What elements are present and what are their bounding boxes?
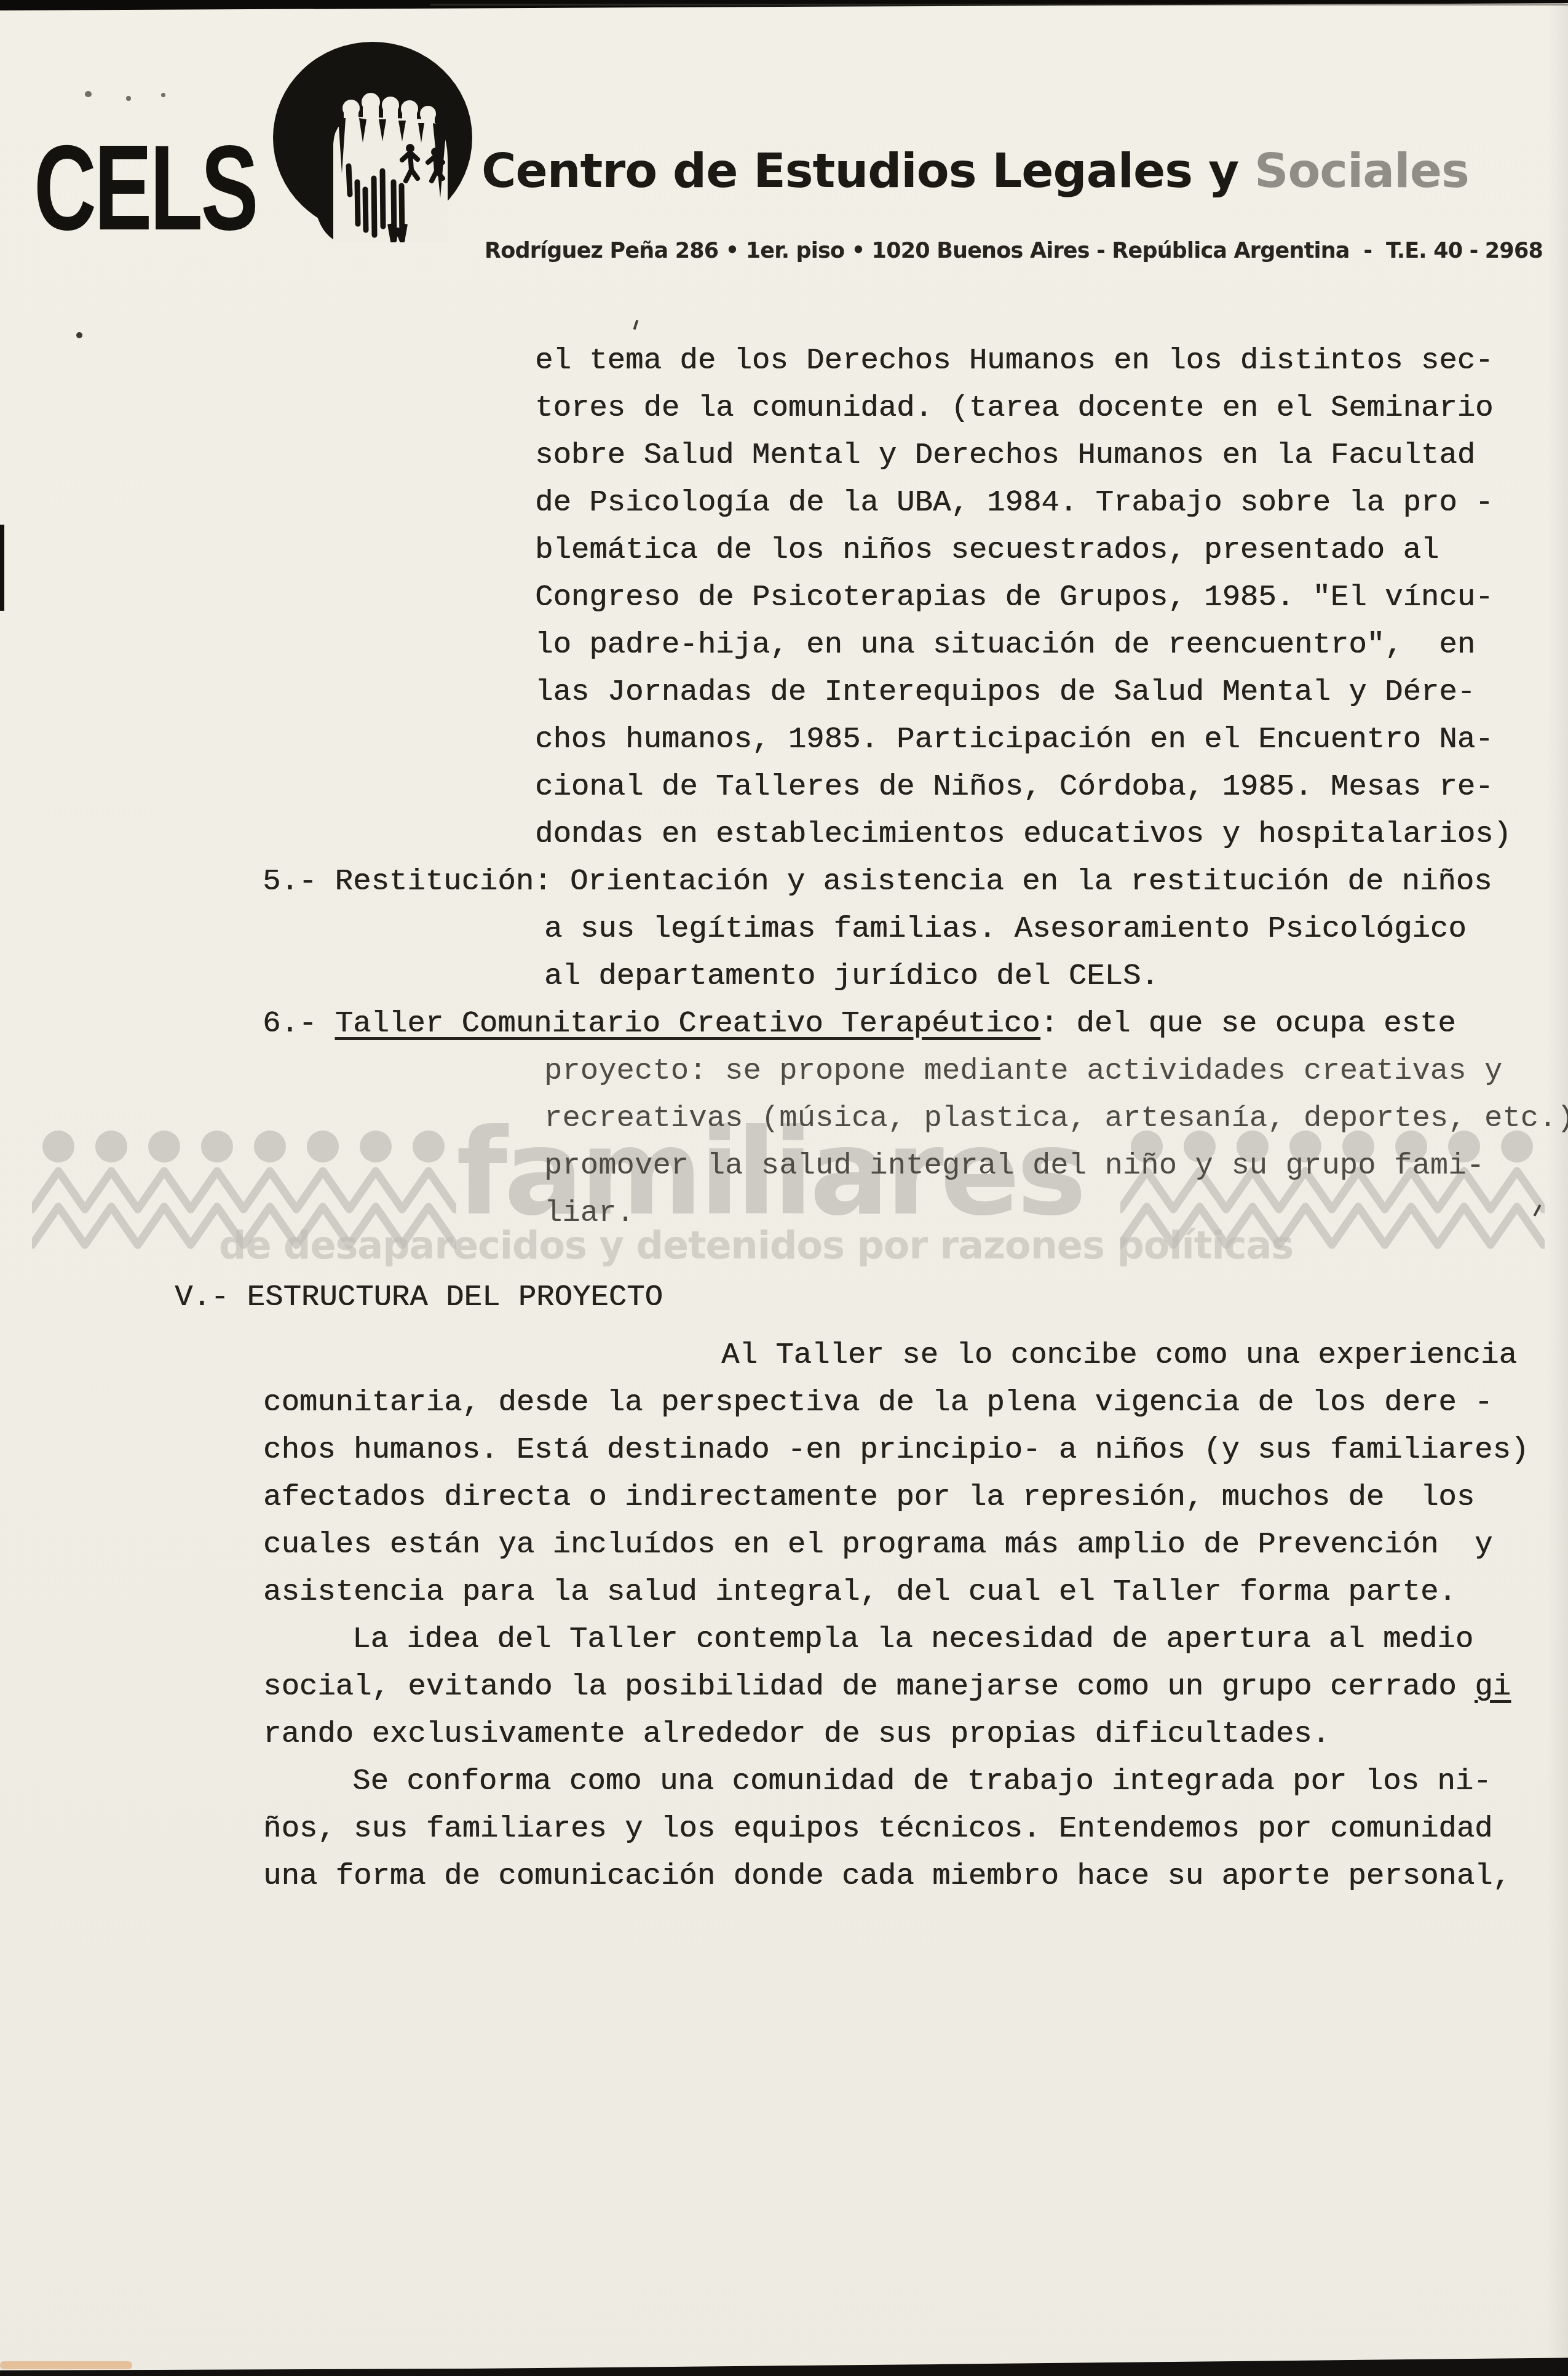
scan-edge-hairline <box>430 4 1568 6</box>
scan-edge-mark <box>0 525 4 611</box>
text-line: afectados directa o indirectamente por l… <box>263 1479 1475 1515</box>
text-line: 6.- Taller Comunitario Creativo Terapéut… <box>263 1006 1456 1041</box>
text-line: comunitaria, desde la perspectiva de la … <box>263 1385 1493 1420</box>
text-line: cional de Talleres de Niños, Córdoba, 19… <box>535 769 1493 805</box>
scan-speck <box>76 332 82 338</box>
text-line: rando exclusivamente alrededor de sus pr… <box>263 1716 1330 1752</box>
text-line: asistencia para la salud integral, del c… <box>263 1574 1457 1610</box>
text-line: social, evitando la posibilidad de manej… <box>263 1669 1511 1704</box>
text-line: promover la salud integral del niño y su… <box>544 1148 1484 1183</box>
text-line: al departamento jurídico del CELS. <box>544 958 1159 994</box>
text-line: dondas en establecimientos educativos y … <box>535 816 1511 852</box>
scan-speck <box>161 93 165 97</box>
text-line: una forma de comunicación donde cada mie… <box>263 1858 1511 1894</box>
scan-speck <box>633 320 639 330</box>
org-name-faded: Sociales <box>1254 144 1469 199</box>
scanned-document-page: familiares de desaparecidos y detenidos … <box>0 0 1568 2376</box>
text-line: chos humanos. Está destinado -en princip… <box>263 1432 1529 1468</box>
text-line: blemática de los niños secuestrados, pre… <box>535 532 1439 568</box>
text-line: lo padre-hija, en una situación de reenc… <box>535 627 1475 662</box>
text-line: las Jornadas de Interequipos de Salud Me… <box>535 674 1475 710</box>
text-line: recreativas (música, plastica, artesanía… <box>544 1100 1568 1136</box>
org-name-main: Centro de Estudios Legales y <box>481 144 1254 199</box>
text-line: cuales están ya incluídos en el programa… <box>263 1527 1493 1562</box>
cels-people-circle-logo-icon <box>269 39 480 242</box>
scan-speck <box>85 91 92 97</box>
watermark-subline: de desaparecidos y detenidos por razones… <box>219 1226 1293 1265</box>
scan-crease <box>1547 0 1568 2376</box>
text-line: tores de la comunidad. (tarea docente en… <box>535 390 1493 426</box>
text-line: Al Taller se lo concibe como una experie… <box>721 1337 1517 1373</box>
text-line: La idea del Taller contempla la necesida… <box>352 1621 1473 1657</box>
text-line: a sus legítimas familias. Asesoramiento … <box>544 911 1467 947</box>
text-line: chos humanos, 1985. Participación en el … <box>535 721 1493 757</box>
text-line: ños, sus familiares y los equipos técnic… <box>263 1811 1493 1846</box>
scan-smudge <box>0 2361 132 2369</box>
scan-speck <box>126 96 131 101</box>
text-line: V.- ESTRUCTURA DEL PROYECTO <box>175 1279 663 1315</box>
text-line: proyecto: se propone mediante actividade… <box>544 1053 1502 1089</box>
text-line: 5.- Restitución: Orientación y asistenci… <box>263 864 1492 899</box>
text-line: de Psicología de la UBA, 1984. Trabajo s… <box>535 485 1493 520</box>
text-line: sobre Salud Mental y Derechos Humanos en… <box>535 437 1475 473</box>
org-address: Rodríguez Peña 286 • 1er. piso • 1020 Bu… <box>485 238 1543 264</box>
text-line: liar. <box>544 1195 635 1231</box>
text-line: Congreso de Psicoterapias de Grupos, 198… <box>535 579 1493 615</box>
scan-edge-bottom <box>0 2356 1568 2376</box>
org-acronym: CELS <box>34 128 256 248</box>
text-line: Se conforma como una comunidad de trabaj… <box>352 1763 1492 1799</box>
org-name: Centro de Estudios Legales y Sociales <box>481 148 1469 195</box>
text-line: el tema de los Derechos Humanos en los d… <box>535 343 1493 378</box>
